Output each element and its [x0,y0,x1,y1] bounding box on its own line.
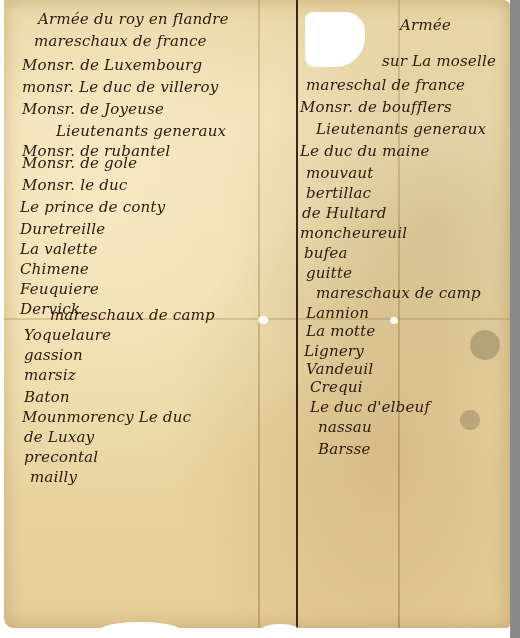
right-line: Vandeuil [306,360,373,378]
right-line: guitte [306,264,352,282]
left-line: Duretreille [20,220,105,238]
left-line: de Luxay [24,428,94,446]
right-heading: Armée [400,16,451,34]
right-line: Crequi [310,378,363,396]
left-heading: Armée du roy en flandre [38,10,229,28]
left-line: Le prince de conty [20,198,165,216]
right-line: mareschal de france [306,76,465,94]
right-line: bufea [304,244,348,262]
right-line: Barsse [318,440,371,458]
left-line: Feuquiere [20,280,99,298]
left-subheading: Lieutenants generaux [56,122,226,140]
left-line: precontal [24,448,98,466]
left-line: Monsr. de Joyeuse [22,100,164,118]
paper-torn-edge [100,622,180,638]
left-line: La valette [20,240,98,258]
left-line: Mounmorency Le duc [22,408,191,426]
left-line: mailly [30,468,77,486]
left-line: Monsr. de gole [22,154,137,172]
left-line: gassion [24,346,83,364]
right-line: de Hultard [302,204,387,222]
left-line: Monsr. le duc [22,176,128,194]
paper-tear-hole [258,316,268,324]
left-line: Chimene [20,260,89,278]
paper-torn-edge [260,624,300,638]
ink-stain [470,330,500,360]
left-line: Monsr. de Luxembourg [22,56,202,74]
right-subheading: mareschaux de camp [316,284,481,302]
right-line: bertillac [306,184,371,202]
paper-tear-hole [390,317,398,324]
left-subheading: mareschaux de camp [50,306,215,324]
left-line: mareschaux de france [34,32,207,50]
right-line: Lignery [304,342,364,360]
right-subheading: Lieutenants generaux [316,120,486,138]
fold-crease-right [398,0,400,628]
right-line: mouvaut [306,164,373,182]
ink-stain [460,410,480,430]
right-line: Le duc du maine [300,142,430,160]
right-line: La motte [306,322,375,340]
manuscript-page: Armée du roy en flandre mareschaux de fr… [0,0,520,638]
left-line: Baton [24,388,70,406]
left-line: Yoquelaure [24,326,111,344]
right-line: Lannion [306,304,369,322]
scan-edge [510,0,520,638]
fold-crease-left [258,0,260,628]
right-heading-sub: sur La moselle [382,52,496,70]
right-line: Monsr. de boufflers [300,98,452,116]
right-line: nassau [318,418,372,436]
right-line: Le duc d'elbeuf [310,398,430,416]
right-line: moncheureuil [300,224,407,242]
left-line: marsiz [24,366,76,384]
column-divider-rule [296,0,298,628]
left-line: monsr. Le duc de villeroy [22,78,218,96]
